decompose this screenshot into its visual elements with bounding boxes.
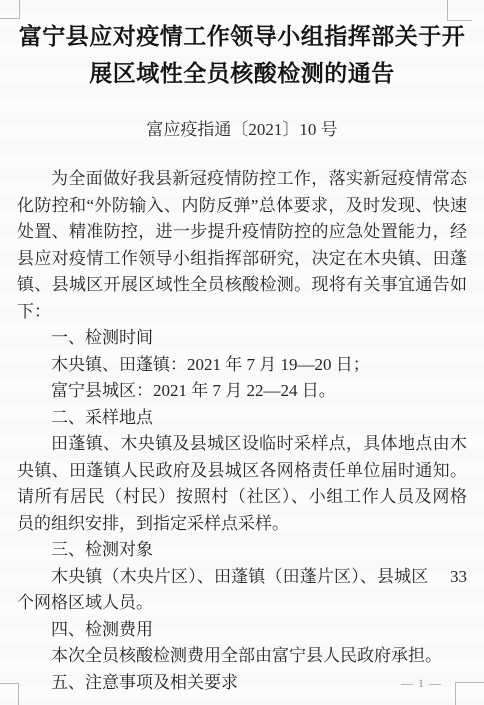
doc-number: 富应疫指通〔2021〕10 号: [0, 115, 484, 140]
section-2-paragraph: 田蓬镇、木央镇及县城区设临时采样点，具体地点由木央镇、田蓬镇人民政府及县城区各网…: [17, 431, 467, 537]
section-2-heading: 二、采样地点: [17, 405, 467, 432]
margin-mark-top-right-icon: [447, 0, 472, 21]
margin-mark-top-left-icon: [0, 0, 20, 19]
section-3-paragraph: 木央镇（木央片区）、田蓬镇（田蓬片区）、县城区 33 个网格区域人员。: [17, 564, 467, 617]
section-3-heading: 三、检测对象: [17, 537, 467, 564]
section-4-heading: 四、检测费用: [17, 617, 467, 644]
section-1-line-2: 富宁县城区：2021 年 7 月 22—24 日。: [17, 378, 467, 405]
section-1-line-1: 木央镇、田蓬镇：2021 年 7 月 19—20 日；: [17, 352, 467, 379]
intro-paragraph: 为全面做好我县新冠疫情防控工作，落实新冠疫情常态化防控和“外防输入、内防反弹”总…: [17, 166, 467, 325]
notice-body: 为全面做好我县新冠疫情防控工作，落实新冠疫情常态化防控和“外防输入、内防反弹”总…: [17, 166, 467, 696]
notice-title: 富宁县应对疫情工作领导小组指挥部关于开展区域性全员核酸检测的通告: [14, 18, 470, 92]
margin-mark-bottom-left-icon: [0, 683, 19, 705]
section-4-paragraph: 本次全员核酸检测费用全部由富宁县人民政府承担。: [17, 643, 467, 670]
margin-mark-bottom-right-icon: [455, 682, 484, 705]
section-5-heading: 五、注意事项及相关要求: [17, 670, 467, 697]
section-1-heading: 一、检测时间: [17, 325, 467, 352]
notice-page: 富宁县应对疫情工作领导小组指挥部关于开展区域性全员核酸检测的通告 富应疫指通〔2…: [0, 0, 484, 705]
page-number: — 1 —: [401, 676, 442, 691]
